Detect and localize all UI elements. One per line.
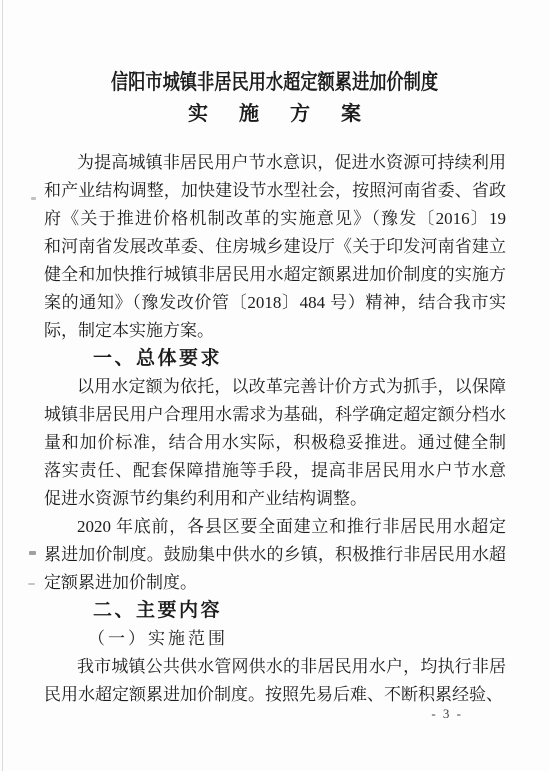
text-line: 2020 年底前，各县区要全面建立和推行非居民用水超定额 [44, 513, 506, 541]
text-line: 案的通知》（豫发改价管〔2018〕484 号）精神，结合我市实 [44, 289, 506, 317]
scan-artifact [28, 583, 35, 585]
text-line: 我市城镇公共供水管网供水的非居民用水户，均执行非居 [44, 653, 506, 681]
paragraph: 2020 年底前，各县区要全面建立和推行非居民用水超定额累进加价制度。鼓励集中供… [44, 513, 506, 597]
text-line: 为提高城镇非居民用户节水意识，促进水资源可持续利用 [44, 149, 506, 177]
text-line: 和产业结构调整，加快建设节水型社会，按照河南省委、省政 [44, 177, 506, 205]
document-page: 信阳市城镇非居民用水超定额累进加价制度 实 施 方 案 为提高城镇非居民用户节水… [0, 0, 549, 771]
text-line: 以用水定额为依托，以改革完善计价方式为抓手，以保障 [44, 373, 506, 401]
text-line: 促进水资源节约集约利用和产业结构调整。 [44, 485, 506, 513]
text-line: 量和加价标准，结合用水实际，积极稳妥推进。通过健全制度、 [44, 429, 506, 457]
document-title-line2: 实 施 方 案 [0, 100, 549, 128]
text-line: 健全和加快推行城镇非居民用水超定额累进加价制度的实施方 [44, 261, 506, 289]
scan-artifact [29, 551, 36, 555]
text-line: 城镇非居民用户合理用水需求为基础，科学确定超定额分档水 [44, 401, 506, 429]
paragraph: 以用水定额为依托，以改革完善计价方式为抓手，以保障城镇非居民用户合理用水需求为基… [44, 373, 506, 513]
document-body: 为提高城镇非居民用户节水意识，促进水资源可持续利用和产业结构调整，加快建设节水型… [44, 149, 506, 709]
text-line: 际，制定本实施方案。 [44, 317, 506, 345]
page-number: - 3 - [431, 706, 463, 722]
text-line: 落实责任、配套保障措施等手段，提高非居民用水户节水意识， [44, 457, 506, 485]
subheading: （一）实施范围 [44, 625, 506, 653]
scan-artifact [31, 197, 36, 200]
text-line: 府《关于推进价格机制改革的实施意见》（豫发〔2016〕19 号） [44, 205, 506, 233]
text-line: 和河南省发展改革委、住房城乡建设厅《关于印发河南省建立 [44, 233, 506, 261]
text-line: 定额累进加价制度。 [44, 569, 506, 597]
text-line: 民用水超定额累进加价制度。按照先易后难、不断积累经验、 [44, 681, 506, 709]
text-line: 累进加价制度。鼓励集中供水的乡镇，积极推行非居民用水超 [44, 541, 506, 569]
paragraph: 为提高城镇非居民用户节水意识，促进水资源可持续利用和产业结构调整，加快建设节水型… [44, 149, 506, 345]
paragraph: 我市城镇公共供水管网供水的非居民用水户，均执行非居民用水超定额累进加价制度。按照… [44, 653, 506, 709]
heading: 一、总体要求 [44, 345, 506, 373]
document-title-line1: 信阳市城镇非居民用水超定额累进加价制度 [49, 68, 499, 96]
heading: 二、主要内容 [44, 597, 506, 625]
